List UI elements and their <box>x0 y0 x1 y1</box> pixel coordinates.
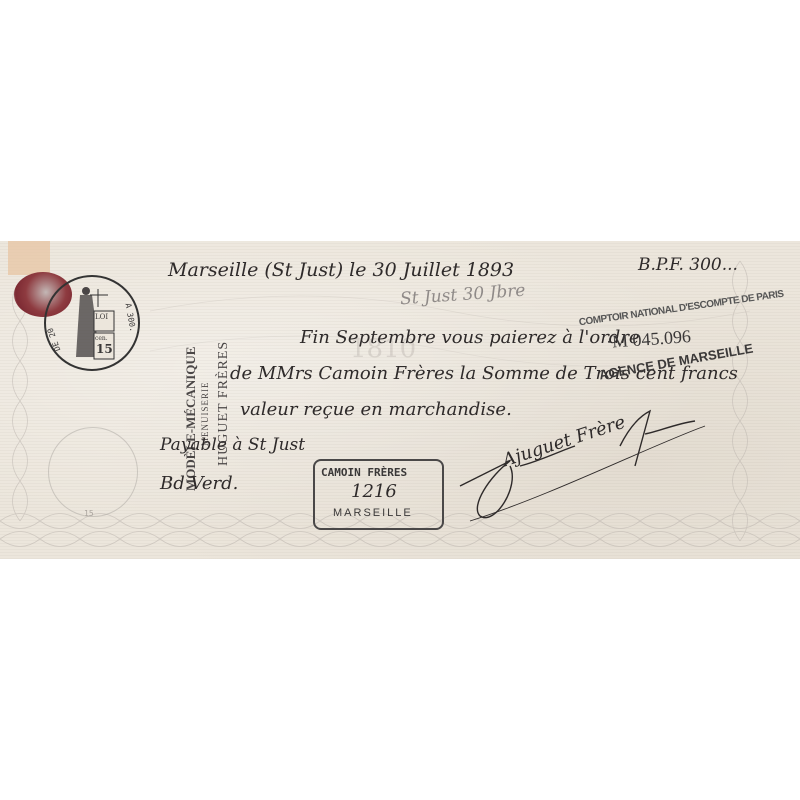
place-date-line: Marseille (St Just) le 30 Juillet 1893 <box>168 259 514 281</box>
bill-of-exchange: DE 20 A 300. LOI cen. 15 15 1810 MODÈLE-… <box>0 241 800 559</box>
box-stamp-line2: MARSEILLE <box>333 507 413 519</box>
page: DE 20 A 300. LOI cen. 15 15 1810 MODÈLE-… <box>0 0 800 800</box>
maker-stamp-line1: MODÈLE-MÉCANIQUE <box>183 347 199 491</box>
tax-stamp: DE 20 A 300. LOI cen. 15 <box>44 275 140 371</box>
tax-stamp-tablet: LOI <box>95 313 108 321</box>
camoin-freres-stamp: CAMOIN FRÈRES 1216 MARSEILLE <box>313 459 444 530</box>
address-line: Bd Verd. <box>160 473 238 494</box>
tape-residue <box>8 241 50 275</box>
tax-stamp-value: 15 <box>96 342 113 356</box>
amount-header: B.P.F. 300... <box>638 255 738 275</box>
body-line-1: Fin Septembre vous paierez à l'ordre <box>300 327 640 348</box>
tax-stamp-value-label: cen. <box>95 335 108 342</box>
payable-line: Payable à St Just <box>160 435 305 455</box>
tax-stamp-ring-right: A 300. <box>124 302 138 332</box>
embossed-seal <box>48 427 138 517</box>
box-stamp-line1: CAMOIN FRÈRES <box>321 466 407 479</box>
box-stamp-number: 1216 <box>351 481 397 502</box>
embossed-seal-number: 15 <box>84 509 94 518</box>
